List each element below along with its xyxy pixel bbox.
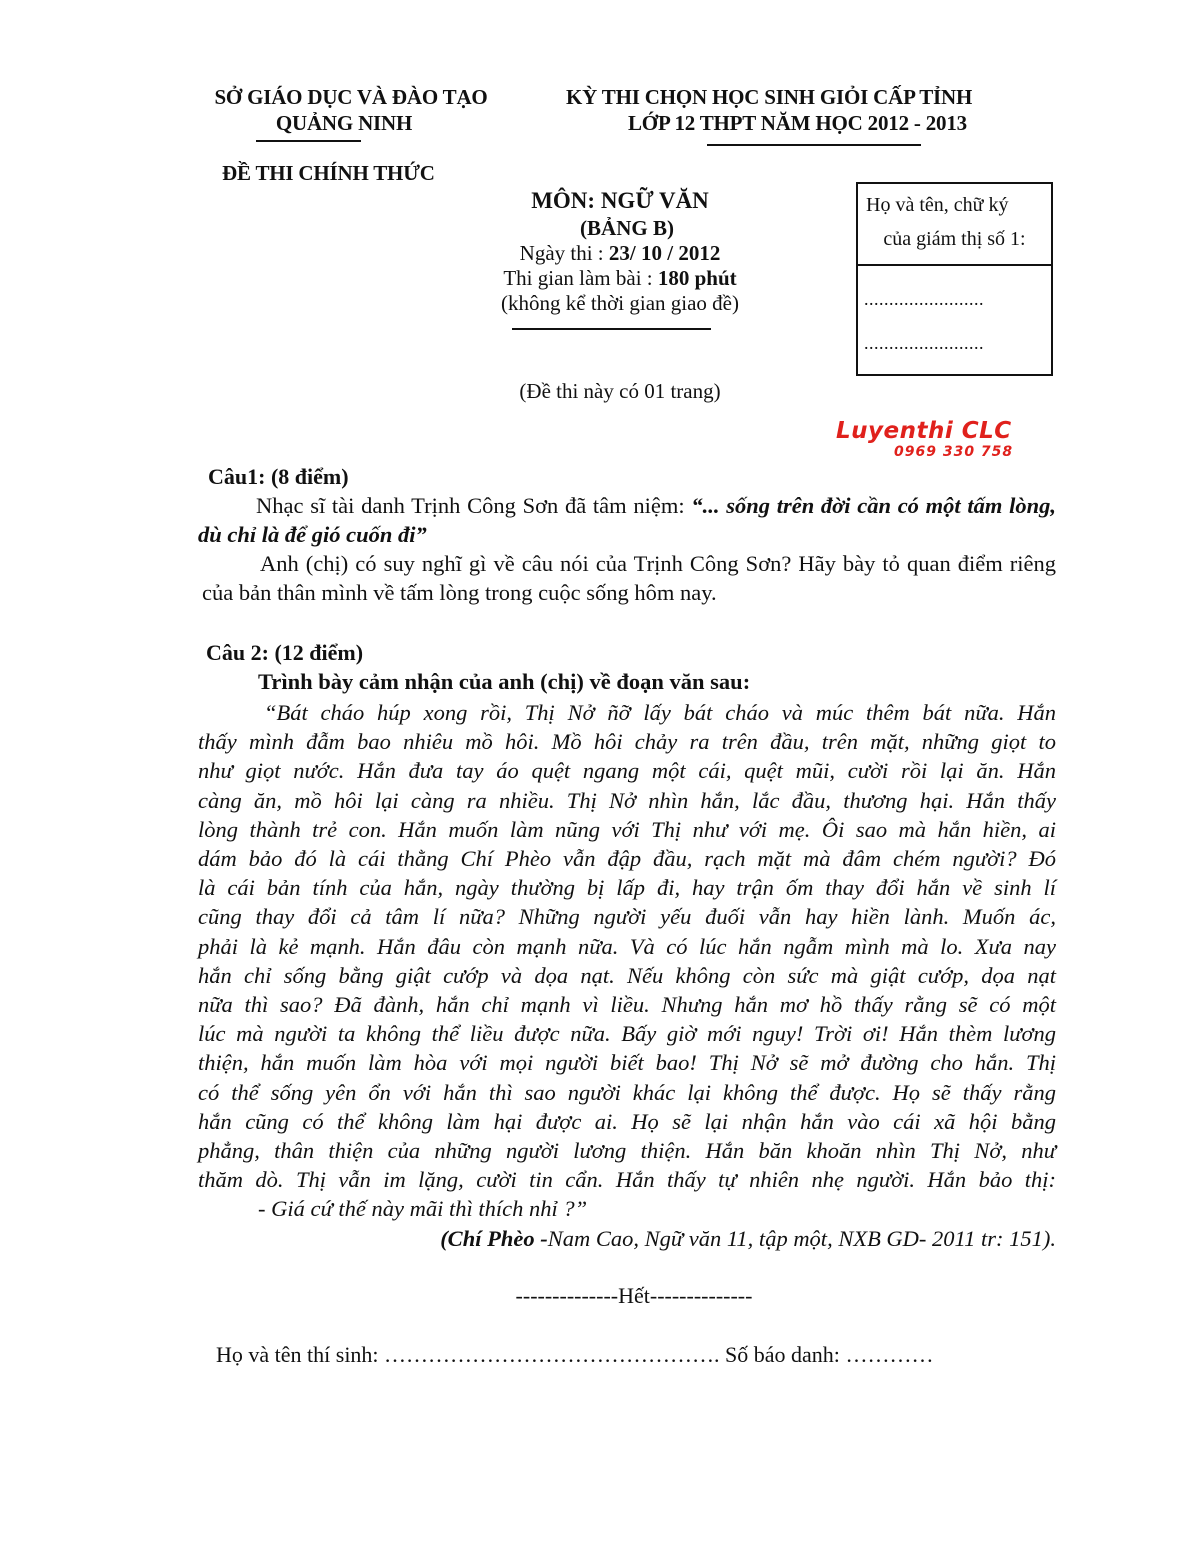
candidate-name-field[interactable]: ………………………………………. [384,1342,720,1367]
passage-closing-line: - Giá cứ thế này mãi thì thích nhỉ ?” [198,1194,1056,1223]
question-2-title: Câu 2: (12 điểm) [206,638,1056,667]
group-label: (BẢNG B) [474,216,780,241]
passage-line: như giọt nước. Hắn đưa tay áo quệt ngang… [198,756,1056,785]
candidate-number-label: Số báo danh: [720,1342,846,1367]
proctor-signature-line2[interactable]: ........................ [858,332,1051,354]
proctor-label: Họ và tên, chữ ký của giám thị số 1: [858,184,1051,266]
passage-line: phẳng, thân thiện của những người lương … [198,1136,1056,1165]
passage-source: (Chí Phèo -Nam Cao, Ngữ văn 11, tập một,… [198,1224,1056,1253]
proctor-signature-box: Họ và tên, chữ ký của giám thị số 1: ...… [856,182,1053,376]
question-2: Câu 2: (12 điểm) Trình bày cảm nhận của … [198,638,1056,696]
passage-line: dám bảo đó là cái thằng Chí Phèo vẫn đập… [198,844,1056,873]
passage-line: hắn chỉ sống bằng giật cướp và dọa nạt. … [198,961,1056,990]
passage-line: hắn cũng có thể không làm hại được ai. H… [198,1107,1056,1136]
duration-value: 180 phút [658,266,737,290]
proctor-label-line2: của giám thị số 1: [858,222,1051,256]
passage-line: thấy mình đẫm bao nhiêu mồ hôi. Mồ hôi c… [198,727,1056,756]
department-line1: SỞ GIÁO DỤC VÀ ĐÀO TẠO [196,84,506,110]
exam-title-underline [707,144,921,146]
duration-note: (không kể thời gian giao đề) [460,291,780,316]
department-underline [256,140,361,142]
passage-line: nữa thì sao? Đã đành, hắn chỉ mạnh vì li… [198,990,1056,1019]
page-count-note: (Đề thi này có 01 trang) [460,379,780,404]
question-1-title: Câu1: (8 điểm) [208,462,1056,491]
passage-line: lòng thành trẻ con. Hắn muốn làm nũng vớ… [198,815,1056,844]
passage-line: lúc mà người ta không thể liều được nữa.… [198,1019,1056,1048]
question-1-prompt: Anh (chị) có suy nghĩ gì về câu nói của … [198,549,1056,607]
watermark-phone: 0969 330 758 [836,444,1056,460]
source-title: (Chí Phèo - [440,1226,548,1251]
duration-label: Thi gian làm bài : [503,266,658,290]
end-marker: --------------Hết-------------- [198,1283,1070,1309]
question-1: Câu1: (8 điểm) Nhạc sĩ tài danh Trịnh Cô… [198,462,1056,607]
date-label: Ngày thi : [520,241,609,265]
subject-title: MÔN: NGỮ VĂN [460,186,780,216]
passage-line: có thể sống yên ổn với hắn thì sao người… [198,1078,1056,1107]
question-2-instruction: Trình bày cảm nhận của anh (chị) về đoạn… [198,667,1056,696]
watermark-brand: Luyenthi CLC [836,418,1056,444]
date-value: 23/ 10 / 2012 [609,241,720,265]
question-1-quote-paragraph: Nhạc sĩ tài danh Trịnh Công Sơn đã tâm n… [198,491,1056,549]
official-label: ĐỀ THI CHÍNH THỨC [222,160,435,186]
exam-title: KỲ THI CHỌN HỌC SINH GIỎI CẤP TỈNH LỚP 1… [566,84,1026,136]
proctor-signature-line1[interactable]: ........................ [858,288,1051,310]
candidate-info-line: Họ và tên thí sinh: ………………………………………. Số … [216,1342,933,1368]
exam-title-line1: KỲ THI CHỌN HỌC SINH GIỎI CẤP TỈNH [566,84,1026,110]
exam-title-line2: LỚP 12 THPT NĂM HỌC 2012 - 2013 [566,110,1026,136]
department-line2: QUẢNG NINH [182,110,506,136]
literary-passage: “Bát cháo húp xong rồi, Thị Nở ñỡ lấy bá… [198,698,1056,1253]
passage-line: “Bát cháo húp xong rồi, Thị Nở ñỡ lấy bá… [198,698,1056,727]
watermark: Luyenthi CLC 0969 330 758 [836,418,1056,460]
passage-line: phải là kẻ mạnh. Hắn đâu còn mạnh nữa. V… [198,932,1056,961]
passage-line: cũng thay đổi cả tâm lí nữa? Những người… [198,902,1056,931]
question-1-intro: Nhạc sĩ tài danh Trịnh Công Sơn đã tâm n… [256,493,691,518]
passage-line: càng ăn, mồ hôi lại càng ra nhiều. Thị N… [198,786,1056,815]
passage-line: là cái bản tính của hắn, ngày thường bị … [198,873,1056,902]
passage-line: thăm dò. Thị vẫn im lặng, cười tin cẩn. … [198,1165,1056,1194]
exam-duration: Thi gian làm bài : 180 phút [460,266,780,291]
source-details: Nam Cao, Ngữ văn 11, tập một, NXB GD- 20… [548,1226,1056,1251]
department-name: SỞ GIÁO DỤC VÀ ĐÀO TẠO QUẢNG NINH [196,84,506,136]
candidate-name-label: Họ và tên thí sinh: [216,1342,384,1367]
exam-info-underline [512,328,711,330]
exam-date: Ngày thi : 23/ 10 / 2012 [460,241,780,266]
passage-line: thiện, hắn muốn làm hòa với mọi người bi… [198,1048,1056,1077]
passage-lines: “Bát cháo húp xong rồi, Thị Nở ñỡ lấy bá… [198,698,1056,1194]
candidate-number-field[interactable]: ………… [845,1342,933,1367]
exam-info: MÔN: NGỮ VĂN (BẢNG B) Ngày thi : 23/ 10 … [460,186,780,316]
proctor-label-line1: Họ và tên, chữ ký [858,188,1051,222]
